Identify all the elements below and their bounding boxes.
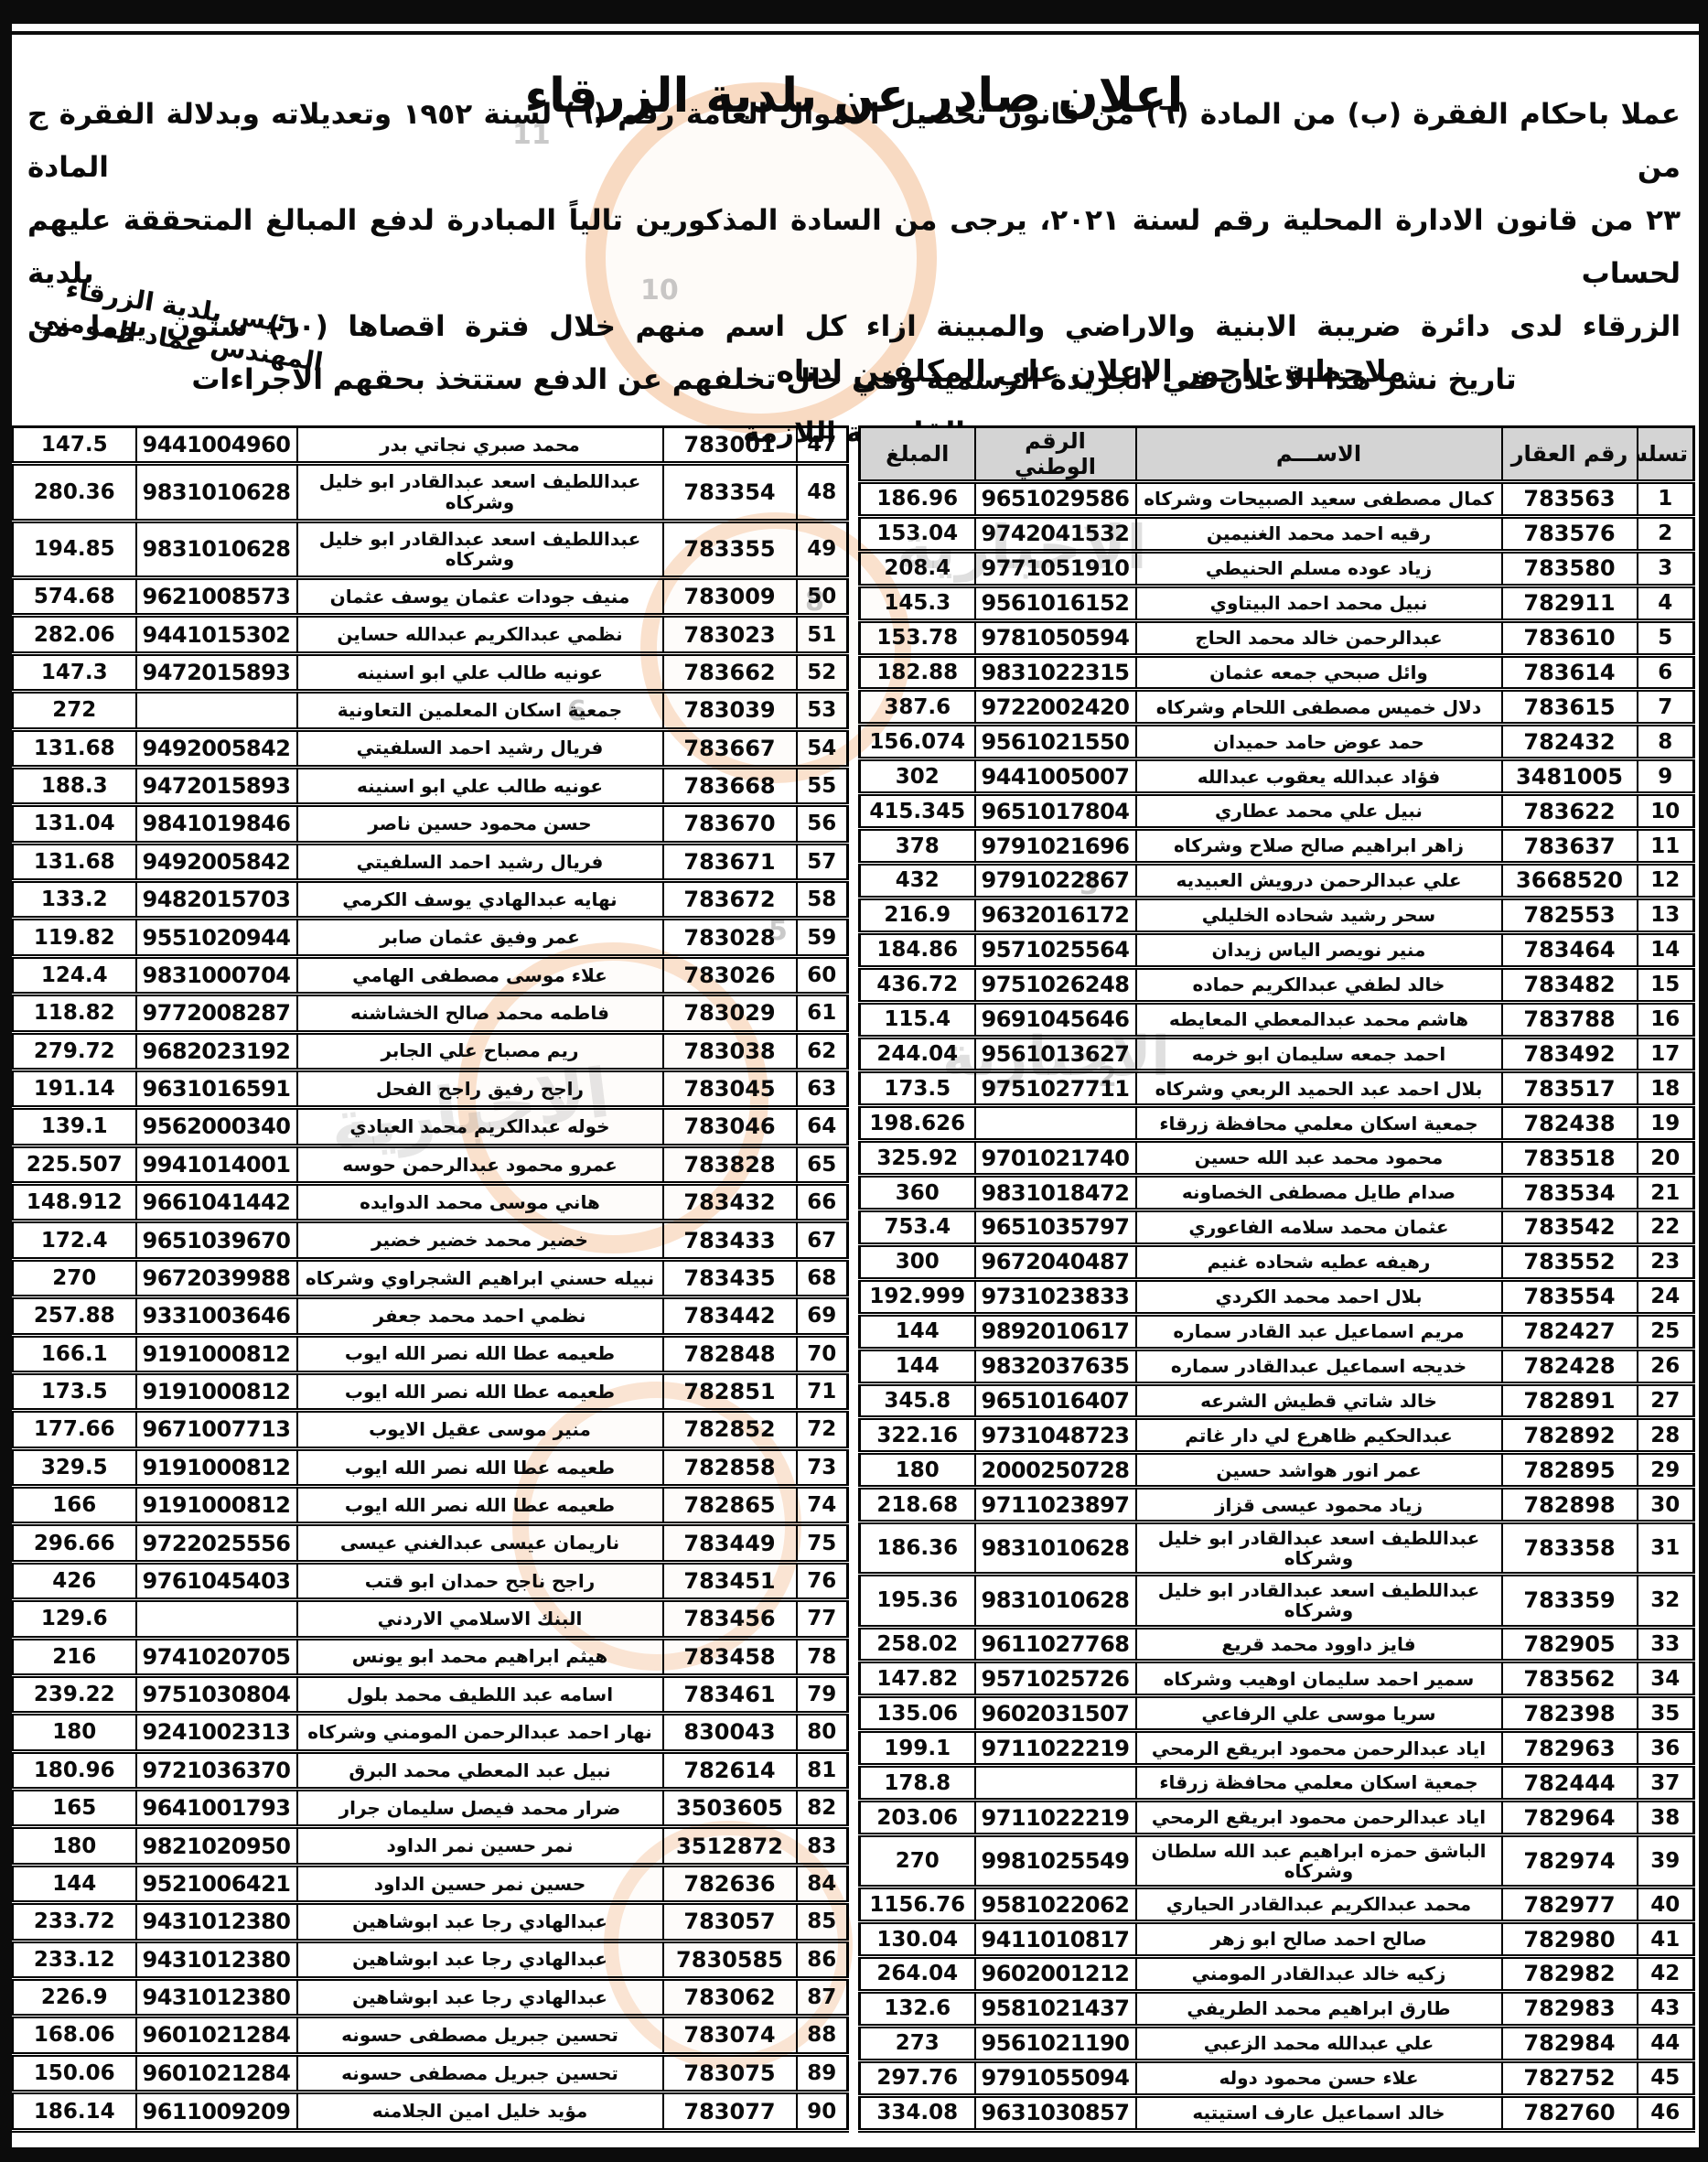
cell-property: 783077 — [663, 2092, 797, 2131]
cell-amount: 257.88 — [13, 1297, 136, 1335]
cell-national-id: 9671007713 — [136, 1411, 297, 1448]
cell-national-id: 9191000812 — [136, 1335, 297, 1372]
cell-serial: 46 — [1638, 2095, 1694, 2130]
cell-property: 782911 — [1502, 586, 1638, 620]
table-row: 33 782905 فايز داوود محمد قريع 961102776… — [860, 1627, 1694, 1662]
cell-amount: 131.04 — [13, 805, 136, 843]
cell-property: 782865 — [663, 1487, 797, 1524]
cell-serial: 86 — [797, 1941, 848, 1978]
cell-property: 783622 — [1502, 794, 1638, 829]
table-row: 80 830043 نهار احمد عبدالرحمن المومني وش… — [13, 1714, 848, 1751]
cell-serial: 54 — [797, 729, 848, 767]
cell-serial: 74 — [797, 1487, 848, 1524]
cell-serial: 33 — [1638, 1627, 1694, 1662]
cell-amount: 387.6 — [860, 690, 975, 725]
cell-property: 782977 — [1502, 1888, 1638, 1922]
cell-amount: 129.6 — [13, 1600, 136, 1638]
cell-serial: 28 — [1638, 1418, 1694, 1453]
cell-national-id: 9831010628 — [136, 464, 297, 521]
page-left-border — [0, 0, 12, 2162]
cell-national-id: 9711022219 — [975, 1801, 1136, 1835]
cell-serial: 5 — [1638, 620, 1694, 655]
cell-name: خديجه اسماعيل عبدالقادر سماره — [1136, 1349, 1502, 1383]
cell-national-id: 9672039988 — [136, 1259, 297, 1296]
cell-amount: 239.22 — [13, 1675, 136, 1713]
cell-national-id: 9581022062 — [975, 1888, 1136, 1922]
cell-serial: 23 — [1638, 1244, 1694, 1279]
cell-national-id: 9571025726 — [975, 1662, 1136, 1696]
cell-property: 783461 — [663, 1675, 797, 1713]
cell-name: نبيله حسني ابراهيم الشجراوي وشركاه — [297, 1259, 663, 1296]
cell-serial: 90 — [797, 2092, 848, 2131]
cell-amount: 188.3 — [13, 767, 136, 804]
cell-amount: 233.12 — [13, 1941, 136, 1978]
cell-property: 783432 — [663, 1184, 797, 1221]
cell-amount: 258.02 — [860, 1627, 975, 1662]
cell-national-id: 9191000812 — [136, 1448, 297, 1486]
cell-property: 783029 — [663, 995, 797, 1032]
cell-property: 782964 — [1502, 1801, 1638, 1835]
cell-amount: 153.04 — [860, 516, 975, 551]
cell-name: بلال احمد عبد الحميد الربعي وشركاه — [1136, 1071, 1502, 1106]
cell-name: عونيه طالب علي ابو اسنينه — [297, 653, 663, 691]
cell-amount: 133.2 — [13, 881, 136, 919]
cell-name: تحسين جبريل مصطفى حسونه — [297, 2054, 663, 2092]
table-row: 4 782911 نبيل محمد احمد البيتاوي 9561016… — [860, 586, 1694, 620]
fees-note: ملاحظـة : اجور الاعلان علي المكلفين ادنا… — [776, 353, 1406, 389]
cell-serial: 88 — [797, 2017, 848, 2054]
cell-amount: 574.68 — [13, 578, 136, 616]
cell-national-id: 9602001212 — [975, 1957, 1136, 1992]
table-row: 1 783563 كمال مصطفى سعيد الصبيحات وشركاه… — [860, 482, 1694, 517]
cell-national-id: 9551020944 — [136, 919, 297, 956]
page-right-border — [1699, 0, 1708, 2162]
cell-name: صدام طايل مصطفى الخصاونه — [1136, 1176, 1502, 1210]
cell-property: 782851 — [663, 1372, 797, 1410]
cell-property: 783518 — [1502, 1141, 1638, 1176]
cell-national-id: 9791021696 — [975, 829, 1136, 864]
table-row: 69 783442 نظمي احمد محمد جعفر 9331003646… — [13, 1297, 848, 1335]
cell-serial: 36 — [1638, 1731, 1694, 1766]
cell-amount: 279.72 — [13, 1032, 136, 1070]
cell-serial: 55 — [797, 767, 848, 804]
cell-amount: 218.68 — [860, 1488, 975, 1522]
cell-serial: 68 — [797, 1259, 848, 1296]
cell-property: 783057 — [663, 1903, 797, 1941]
cell-serial: 56 — [797, 805, 848, 843]
cell-serial: 61 — [797, 995, 848, 1032]
cell-property: 783023 — [663, 616, 797, 653]
cell-serial: 62 — [797, 1032, 848, 1070]
cell-name: خالد لطفي عبدالكريم حماده — [1136, 967, 1502, 1002]
cell-amount: 147.5 — [13, 427, 136, 464]
table-row: 85 783057 عبدالهادي رجا عبد ابوشاهين 943… — [13, 1903, 848, 1941]
cell-name: وائل صبحي جمعه عثمان — [1136, 655, 1502, 690]
cell-property: 783662 — [663, 653, 797, 691]
cell-property: 783788 — [1502, 1002, 1638, 1037]
cell-national-id: 9721036370 — [136, 1751, 297, 1789]
cell-name: هاشم محمد عبدالمعطي المعايطه — [1136, 1002, 1502, 1037]
cell-name: فاطمه محمد صالح الخشاشنه — [297, 995, 663, 1032]
cell-name: علي عبدالله محمد الزعبي — [1136, 2026, 1502, 2060]
cell-name: نبيل علي محمد عطاري — [1136, 794, 1502, 829]
cell-serial: 84 — [797, 1865, 848, 1902]
cell-amount: 180.96 — [13, 1751, 136, 1789]
cell-national-id: 9651016407 — [975, 1383, 1136, 1418]
cell-serial: 31 — [1638, 1522, 1694, 1575]
cell-national-id: 9751026248 — [975, 967, 1136, 1002]
table-row: 6 783614 وائل صبحي جمعه عثمان 9831022315… — [860, 655, 1694, 690]
table-row: 66 783432 هاني موسى محمد الدوايده 966104… — [13, 1184, 848, 1221]
cell-national-id — [136, 1600, 297, 1638]
cell-serial: 69 — [797, 1297, 848, 1335]
table-row: 17 783492 احمد جمعه سليمان ابو خرمه 9561… — [860, 1037, 1694, 1071]
cell-property: 783554 — [1502, 1279, 1638, 1314]
table-row: 48 783354 عبداللطيف اسعد عبدالقادر ابو خ… — [13, 464, 848, 521]
cell-national-id: 9831018472 — [975, 1176, 1136, 1210]
cell-name: خالد شاتي قطيش الشرعه — [1136, 1383, 1502, 1418]
cell-national-id: 9472015893 — [136, 767, 297, 804]
cell-amount: 273 — [860, 2026, 975, 2060]
cell-amount: 177.66 — [13, 1411, 136, 1448]
table-row: 29 782895 عمر انور هواشد حسين 2000250728… — [860, 1453, 1694, 1488]
cell-property: 783074 — [663, 2017, 797, 2054]
cell-property: 783009 — [663, 578, 797, 616]
cell-amount: 264.04 — [860, 1957, 975, 1992]
cell-property: 783671 — [663, 843, 797, 880]
table-row: 31 783358 عبداللطيف اسعد عبدالقادر ابو خ… — [860, 1522, 1694, 1575]
cell-national-id: 9631016591 — [136, 1070, 297, 1107]
cell-serial: 72 — [797, 1411, 848, 1448]
cell-national-id: 9611009209 — [136, 2092, 297, 2131]
cell-national-id: 9191000812 — [136, 1487, 297, 1524]
cell-amount: 203.06 — [860, 1801, 975, 1835]
table-row: 38 782964 اياد عبدالرحمن محمود ابريقع ال… — [860, 1801, 1694, 1835]
cell-amount: 415.345 — [860, 794, 975, 829]
cell-property: 783355 — [663, 521, 797, 577]
cell-national-id: 9741020705 — [136, 1638, 297, 1675]
table-row: 78 783458 هيثم ابراهيم محمد ابو يونس 974… — [13, 1638, 848, 1675]
cell-serial: 10 — [1638, 794, 1694, 829]
cell-property: 782963 — [1502, 1731, 1638, 1766]
table-row: 90 783077 مؤيد خليل امين الجلامنه 961100… — [13, 2092, 848, 2131]
cell-national-id: 9601021284 — [136, 2054, 297, 2092]
cell-national-id: 9411010817 — [975, 1922, 1136, 1957]
cell-name: عبدالهادي رجا عبد ابوشاهين — [297, 1903, 663, 1941]
cell-national-id: 9661041442 — [136, 1184, 297, 1221]
table-row: 37 782444 جمعية اسكان معلمي محافظة زرقاء… — [860, 1766, 1694, 1801]
cell-serial: 70 — [797, 1335, 848, 1372]
cell-serial: 75 — [797, 1524, 848, 1562]
cell-property: 783046 — [663, 1108, 797, 1146]
cell-national-id: 9562000340 — [136, 1108, 297, 1146]
cell-property: 782760 — [1502, 2095, 1638, 2130]
cell-property: 782852 — [663, 1411, 797, 1448]
cell-serial: 39 — [1638, 1835, 1694, 1888]
cell-amount: 165 — [13, 1790, 136, 1827]
cell-amount: 329.5 — [13, 1448, 136, 1486]
cell-amount: 198.626 — [860, 1106, 975, 1141]
table-row: 2 783576 رقيه احمد محمد الغنيمين 9742041… — [860, 516, 1694, 551]
cell-property: 783028 — [663, 919, 797, 956]
cell-property: 783552 — [1502, 1244, 1638, 1279]
cell-property: 783451 — [663, 1562, 797, 1599]
cell-property: 782905 — [1502, 1627, 1638, 1662]
cell-serial: 19 — [1638, 1106, 1694, 1141]
cell-property: 782438 — [1502, 1106, 1638, 1141]
cell-property: 783580 — [1502, 551, 1638, 586]
cell-name: نمر حسين نمر الداود — [297, 1827, 663, 1865]
cell-amount: 139.1 — [13, 1108, 136, 1146]
table-body-right: 1 783563 كمال مصطفى سعيد الصبيحات وشركاه… — [860, 482, 1694, 2131]
table-row: 61 783029 فاطمه محمد صالح الخشاشنه 97720… — [13, 995, 848, 1032]
cell-name: عبداللطيف اسعد عبدالقادر ابو خليل وشركاه — [1136, 1522, 1502, 1575]
cell-national-id: 9751030804 — [136, 1675, 297, 1713]
cell-amount: 180 — [13, 1827, 136, 1865]
cell-national-id: 9651017804 — [975, 794, 1136, 829]
cell-name: علي عبدالرحمن درويش العبيديه — [1136, 863, 1502, 898]
table-row: 87 783062 عبدالهادي رجا عبد ابوشاهين 943… — [13, 1978, 848, 2016]
cell-serial: 38 — [1638, 1801, 1694, 1835]
cell-name: اياد عبدالرحمن محمود ابريقع الرمحي — [1136, 1731, 1502, 1766]
cell-property: 783464 — [1502, 932, 1638, 967]
cell-property: 782898 — [1502, 1488, 1638, 1522]
cell-property: 783001 — [663, 427, 797, 464]
cell-national-id: 9482015703 — [136, 881, 297, 919]
cell-amount: 119.82 — [13, 919, 136, 956]
cell-amount: 753.4 — [860, 1210, 975, 1245]
cell-amount: 131.68 — [13, 843, 136, 880]
cell-property: 783562 — [1502, 1662, 1638, 1696]
cell-national-id: 9731048723 — [975, 1418, 1136, 1453]
cell-name: زكيه خالد عبدالقادر المومني — [1136, 1957, 1502, 1992]
col-property: رقم العقار — [1502, 427, 1638, 482]
cell-name: تحسين جبريل مصطفى حسونه — [297, 2017, 663, 2054]
cell-name: نبيل عبد المعطي محمد البرق — [297, 1751, 663, 1789]
cell-national-id: 9831000704 — [136, 956, 297, 994]
table-row: 75 783449 ناريمان عيسى عبدالغني عيسى 972… — [13, 1524, 848, 1562]
table-row: 46 782760 خالد اسماعيل عارف استيتيه 9631… — [860, 2095, 1694, 2130]
cell-national-id: 9331003646 — [136, 1297, 297, 1335]
cell-amount: 244.04 — [860, 1037, 975, 1071]
cell-property: 3503605 — [663, 1790, 797, 1827]
table-row: 72 782852 منير موسى عقيل الايوب 96710077… — [13, 1411, 848, 1448]
cell-national-id: 9472015893 — [136, 653, 297, 691]
cell-national-id: 9791022867 — [975, 863, 1136, 898]
cell-property: 782428 — [1502, 1349, 1638, 1383]
table-row: 62 783038 ريم مصباح علي الجابر 968202319… — [13, 1032, 848, 1070]
cell-national-id: 9981025549 — [975, 1835, 1136, 1888]
table-row: 16 783788 هاشم محمد عبدالمعطي المعايطه 9… — [860, 1002, 1694, 1037]
cell-amount: 166.1 — [13, 1335, 136, 1372]
cell-name: جمعية اسكان معلمي محافظة زرقاء — [1136, 1106, 1502, 1141]
cell-serial: 76 — [797, 1562, 848, 1599]
cell-national-id: 9682023192 — [136, 1032, 297, 1070]
cell-property: 783435 — [663, 1259, 797, 1296]
cell-name: عمرو محمود عبدالرحمن حوسه — [297, 1146, 663, 1183]
cell-serial: 60 — [797, 956, 848, 994]
cell-serial: 57 — [797, 843, 848, 880]
cell-amount: 296.66 — [13, 1524, 136, 1562]
table-row: 9 3481005 فؤاد عبدالله يعقوب عبدالله 944… — [860, 759, 1694, 794]
cell-name: علاء موسى مصطفى الهامي — [297, 956, 663, 994]
table-row: 22 783542 عثمان محمد سلامه الفاعوري 9651… — [860, 1210, 1694, 1245]
cell-amount: 300 — [860, 1244, 975, 1279]
cell-serial: 30 — [1638, 1488, 1694, 1522]
table-row: 40 782977 محمد عبدالكريم عبدالقادر الحيا… — [860, 1888, 1694, 1922]
table-row: 8 782432 حمد عوض حامد حميدان 9561021550 … — [860, 725, 1694, 759]
cell-name: الباشق حمزه ابراهيم عبد الله سلطان وشركا… — [1136, 1835, 1502, 1888]
table-row: 24 783554 بلال احمد محمد الكردي 97310238… — [860, 1279, 1694, 1314]
cell-national-id: 9431012380 — [136, 1903, 297, 1941]
cell-property: 782848 — [663, 1335, 797, 1372]
cell-serial: 15 — [1638, 967, 1694, 1002]
cell-national-id: 9191000812 — [136, 1372, 297, 1410]
cell-property: 783828 — [663, 1146, 797, 1183]
cell-name: احمد جمعه سليمان ابو خرمه — [1136, 1037, 1502, 1071]
cell-property: 783534 — [1502, 1176, 1638, 1210]
cell-name: مؤيد خليل امين الجلامنه — [297, 2092, 663, 2131]
cell-name: طارق ابراهيم محمد الطريفي — [1136, 1991, 1502, 2026]
cell-serial: 35 — [1638, 1696, 1694, 1731]
cell-property: 782892 — [1502, 1418, 1638, 1453]
cell-property: 782982 — [1502, 1957, 1638, 1992]
cell-name: عمر انور هواشد حسين — [1136, 1453, 1502, 1488]
cell-name: زياد عوده مسلم الحنيطي — [1136, 551, 1502, 586]
cell-name: طعيمه عطا الله نصر الله ايوب — [297, 1372, 663, 1410]
cell-amount: 302 — [860, 759, 975, 794]
table-row: 86 7830585 عبدالهادي رجا عبد ابوشاهين 94… — [13, 1941, 848, 1978]
table-row: 34 783562 سمير احمد سليمان اوهيب وشركاه … — [860, 1662, 1694, 1696]
table-row: 50 783009 منيف جودات عثمان يوسف عثمان 96… — [13, 578, 848, 616]
cell-serial: 83 — [797, 1827, 848, 1865]
table-row: 39 782974 الباشق حمزه ابراهيم عبد الله س… — [860, 1835, 1694, 1888]
table-row: 47 783001 محمد صبري نجاتي بدر 9441004960… — [13, 427, 848, 464]
cell-serial: 82 — [797, 1790, 848, 1827]
page-top-rule — [0, 31, 1708, 35]
cell-amount: 192.999 — [860, 1279, 975, 1314]
cell-national-id: 9941014001 — [136, 1146, 297, 1183]
cell-name: خالد اسماعيل عارف استيتيه — [1136, 2095, 1502, 2130]
cell-serial: 63 — [797, 1070, 848, 1107]
table-row: 81 782614 نبيل عبد المعطي محمد البرق 972… — [13, 1751, 848, 1789]
cell-property: 782891 — [1502, 1383, 1638, 1418]
cell-amount: 156.074 — [860, 725, 975, 759]
cell-serial: 80 — [797, 1714, 848, 1751]
cell-serial: 65 — [797, 1146, 848, 1183]
table-row: 45 782752 علاء حسن محمود دوله 9791055094… — [860, 2060, 1694, 2095]
cell-property: 783672 — [663, 881, 797, 919]
table-row: 11 783637 زاهر ابراهيم صالح صلاح وشركاه … — [860, 829, 1694, 864]
cell-property: 782432 — [1502, 725, 1638, 759]
cell-amount: 186.36 — [860, 1522, 975, 1575]
cell-property: 783038 — [663, 1032, 797, 1070]
cell-property: 3512872 — [663, 1827, 797, 1865]
table-row: 52 783662 عونيه طالب علي ابو اسنينه 9472… — [13, 653, 848, 691]
table-row: 89 783075 تحسين جبريل مصطفى حسونه 960102… — [13, 2054, 848, 2092]
table-row: 23 783552 رهيفه عطيه شحاده غنيم 96720404… — [860, 1244, 1694, 1279]
cell-national-id: 9561013627 — [975, 1037, 1136, 1071]
cell-name: عبدالهادي رجا عبد ابوشاهين — [297, 1941, 663, 1978]
cell-property: 782984 — [1502, 2026, 1638, 2060]
table-row: 41 782980 صالح احمد صالح ابو زهر 9411010… — [860, 1922, 1694, 1957]
cell-national-id: 9722025556 — [136, 1524, 297, 1562]
cell-amount: 195.36 — [860, 1575, 975, 1627]
cell-name: عمر وفيق عثمان صابر — [297, 919, 663, 956]
table-row: 3 783580 زياد عوده مسلم الحنيطي 97710519… — [860, 551, 1694, 586]
cell-name: هيثم ابراهيم محمد ابو يونس — [297, 1638, 663, 1675]
cell-serial: 34 — [1638, 1662, 1694, 1696]
cell-name: نهار احمد عبدالرحمن المومني وشركاه — [297, 1714, 663, 1751]
table-row: 30 782898 زياد محمود عيسى قزاز 971102389… — [860, 1488, 1694, 1522]
cell-amount: 145.3 — [860, 586, 975, 620]
cell-property: 783045 — [663, 1070, 797, 1107]
cell-serial: 47 — [797, 427, 848, 464]
cell-amount: 322.16 — [860, 1418, 975, 1453]
cell-national-id: 9672040487 — [975, 1244, 1136, 1279]
table-body-left: 47 783001 محمد صبري نجاتي بدر 9441004960… — [13, 427, 848, 2131]
cell-serial: 18 — [1638, 1071, 1694, 1106]
table-row: 55 783668 عونيه طالب علي ابو اسنينه 9472… — [13, 767, 848, 804]
cell-amount: 1156.76 — [860, 1888, 975, 1922]
cell-serial: 29 — [1638, 1453, 1694, 1488]
cell-amount: 147.3 — [13, 653, 136, 691]
cell-name: نبيل محمد احمد البيتاوي — [1136, 586, 1502, 620]
cell-name: محمد صبري نجاتي بدر — [297, 427, 663, 464]
cell-amount: 144 — [860, 1314, 975, 1349]
cell-national-id: 9431012380 — [136, 1978, 297, 2016]
cell-serial: 48 — [797, 464, 848, 521]
cell-serial: 22 — [1638, 1210, 1694, 1245]
cell-serial: 43 — [1638, 1991, 1694, 2026]
cell-name: منيف جودات عثمان يوسف عثمان — [297, 578, 663, 616]
cell-national-id — [975, 1106, 1136, 1141]
cell-serial: 67 — [797, 1221, 848, 1259]
page-bottom-bar — [0, 2147, 1708, 2162]
cell-national-id: 9632016172 — [975, 898, 1136, 932]
cell-national-id: 9731023833 — [975, 1279, 1136, 1314]
cell-serial: 78 — [797, 1638, 848, 1675]
table-row: 56 783670 حسن محمود حسين ناصر 9841019846… — [13, 805, 848, 843]
cell-amount: 436.72 — [860, 967, 975, 1002]
cell-property: 782895 — [1502, 1453, 1638, 1488]
table-row: 10 783622 نبيل علي محمد عطاري 9651017804… — [860, 794, 1694, 829]
cell-property: 783517 — [1502, 1071, 1638, 1106]
cell-amount: 150.06 — [13, 2054, 136, 2092]
cell-amount: 124.4 — [13, 956, 136, 994]
cell-property: 782614 — [663, 1751, 797, 1789]
cell-serial: 53 — [797, 692, 848, 729]
cell-property: 3481005 — [1502, 759, 1638, 794]
cell-serial: 6 — [1638, 655, 1694, 690]
cell-name: سريا موسى علي الرفاعي — [1136, 1696, 1502, 1731]
cell-name: دلال خميس مصطفى اللحام وشركاه — [1136, 690, 1502, 725]
cell-name: كمال مصطفى سعيد الصبيحات وشركاه — [1136, 482, 1502, 517]
cell-amount: 184.86 — [860, 932, 975, 967]
table-row: 79 783461 اسامه عبد اللطيف محمد بلول 975… — [13, 1675, 848, 1713]
cell-national-id: 9711023897 — [975, 1488, 1136, 1522]
cell-property: 783610 — [1502, 620, 1638, 655]
cell-serial: 26 — [1638, 1349, 1694, 1383]
cell-amount: 172.4 — [13, 1221, 136, 1259]
cell-name: هاني موسى محمد الدوايده — [297, 1184, 663, 1221]
table-row: 57 783671 فريال رشيد احمد السلفيتي 94920… — [13, 843, 848, 880]
cell-national-id: 9492005842 — [136, 729, 297, 767]
cell-national-id: 9772008287 — [136, 995, 297, 1032]
cell-amount: 180 — [860, 1453, 975, 1488]
cell-name: عثمان محمد سلامه الفاعوري — [1136, 1210, 1502, 1245]
cell-amount: 272 — [13, 692, 136, 729]
